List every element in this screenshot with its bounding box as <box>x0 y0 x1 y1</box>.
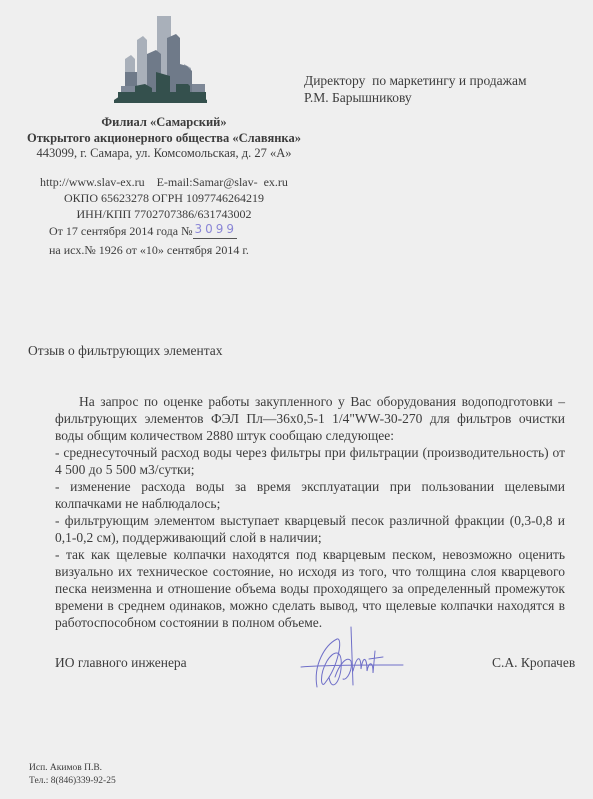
letter-date: От 17 сентября 2014 года № <box>49 224 193 238</box>
addressee-name: Р.М. Барышникову <box>304 89 527 106</box>
executor-phone: Тел.: 8(846)339-92-25 <box>29 775 116 788</box>
web-email-line: http://www.slav-ex.ru E-mail:Samar@slav-… <box>14 174 314 190</box>
addressee-title: Директору по маркетингу и продажам <box>304 72 527 89</box>
body-item: - среднесуточный расход воды через фильт… <box>55 444 565 478</box>
letter-date-number: От 17 сентября 2014 года №3099 <box>49 224 237 239</box>
letter-body: На запрос по оценке работы закупленного … <box>55 393 565 631</box>
executor: Исп. Акимов П.В. <box>29 762 116 775</box>
company-address: 443099, г. Самара, ул. Комсомольская, д.… <box>14 145 314 161</box>
handwritten-number: 3099 <box>195 222 238 236</box>
subject-line: Отзыв о фильтрующих элементах <box>28 343 223 359</box>
signatory-role: ИО главного инженера <box>55 655 187 671</box>
reference-line: на исх.№ 1926 от «10» сентября 2014 г. <box>49 243 249 258</box>
handwritten-signature <box>295 625 405 700</box>
okpo-ogrn-line: ОКПО 65623278 ОГРН 1097746264219 <box>14 190 314 206</box>
body-intro: На запрос по оценке работы закупленного … <box>55 393 565 444</box>
inn-kpp-line: ИНН/КПП 7702707386/631743002 <box>14 206 314 222</box>
signatory-name: С.А. Кропачев <box>492 655 575 671</box>
addressee: Директору по маркетингу и продажам Р.М. … <box>304 72 527 106</box>
body-item: - фильтрующим элементом выступает кварце… <box>55 512 565 546</box>
footer: Исп. Акимов П.В. Тел.: 8(846)339-92-25 <box>29 762 116 788</box>
city-skyline-logo <box>110 14 210 103</box>
body-item: - так как щелевые колпачки находятся под… <box>55 546 565 631</box>
body-item: - изменение расхода воды за время эксплу… <box>55 478 565 512</box>
company-name: Открытого акционерного общества «Славянк… <box>14 130 314 146</box>
branch-name: Филиал «Самарский» <box>14 114 314 130</box>
number-underline: 3099 <box>193 224 237 239</box>
